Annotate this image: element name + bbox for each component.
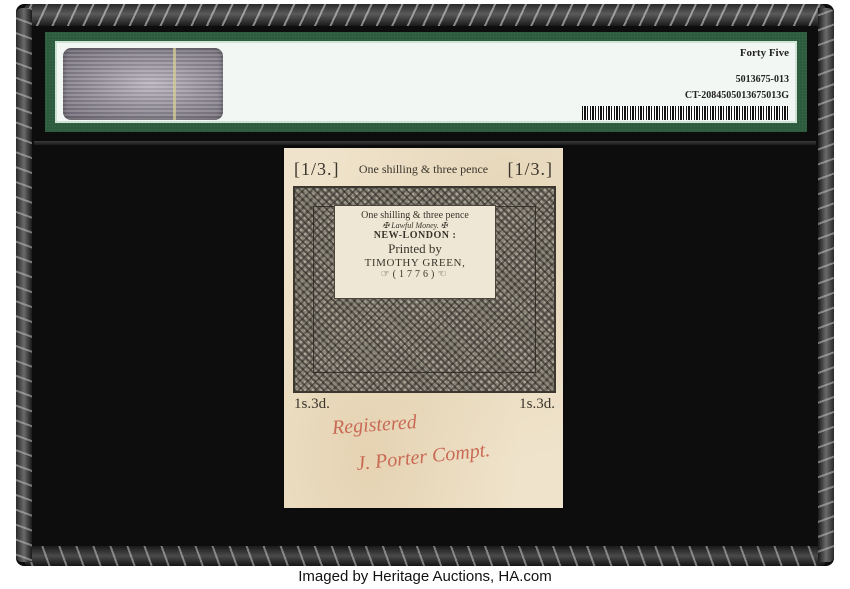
grading-label-inner: Forty Five 5013675-013 CT-20845050136750… <box>55 41 797 123</box>
grading-label: Forty Five 5013675-013 CT-20845050136750… <box>45 32 807 132</box>
cert-number: 5013675-013 <box>736 74 789 85</box>
center-denomination: One shilling & three pence <box>335 210 495 221</box>
grade-text: Forty Five <box>740 47 789 59</box>
denomination-left: [1/3.] <box>294 159 340 180</box>
holder-ridge-bottom <box>24 546 826 566</box>
colonial-note: [1/3.] One shilling & three pence [1/3.]… <box>284 148 563 508</box>
holder-ridge-top <box>24 4 826 26</box>
place-of-issue: NEW-LONDON : <box>335 230 495 241</box>
barcode-icon <box>582 106 789 120</box>
printer-name: TIMOTHY GREEN, <box>335 257 495 269</box>
signature-registered: Registered <box>331 411 417 440</box>
note-top-row: [1/3.] One shilling & three pence [1/3.] <box>284 158 563 180</box>
image-caption: Imaged by Heritage Auctions, HA.com <box>0 568 850 585</box>
hologram-icon <box>63 48 223 120</box>
printed-by: Printed by <box>335 241 495 257</box>
item-code: CT-2084505013675013G <box>685 90 789 101</box>
bottom-denomination-left: 1s.3d. <box>294 396 330 413</box>
year: ☞(1776)☜ <box>335 269 495 280</box>
denomination-words: One shilling & three pence <box>359 162 488 177</box>
label-divider <box>34 141 816 145</box>
center-panel: One shilling & three pence ✠ Lawful Mone… <box>334 205 496 299</box>
lawful-money: ✠ Lawful Money. ✠ <box>335 221 495 230</box>
signature-comptroller: J. Porter Compt. <box>355 439 491 476</box>
holder-ridge-right <box>818 8 834 562</box>
holder-ridge-left <box>16 8 32 562</box>
bottom-denomination-right: 1s.3d. <box>519 396 555 413</box>
denomination-right: [1/3.] <box>507 159 553 180</box>
